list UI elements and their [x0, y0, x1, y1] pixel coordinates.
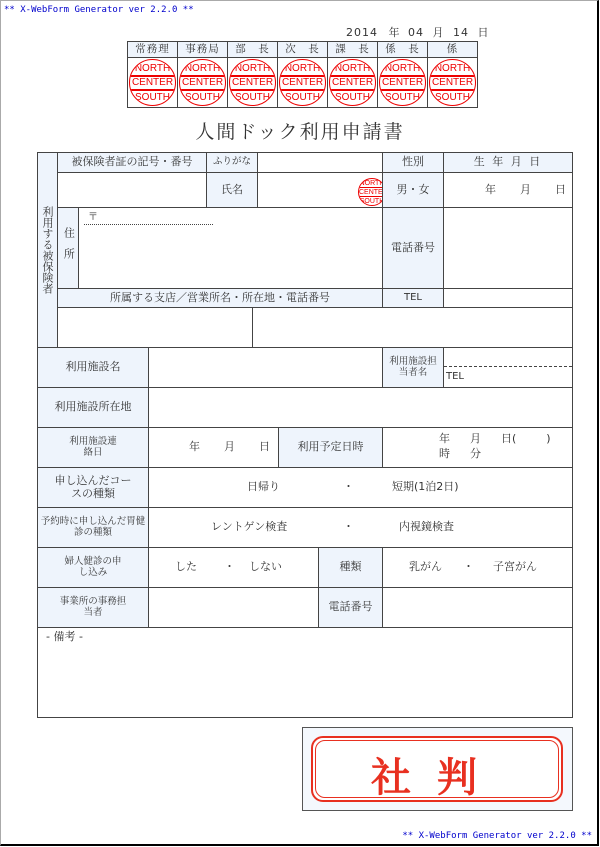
facility-contact-tel: TEL — [442, 367, 574, 387]
remarks-field[interactable]: - 備考 - — [37, 627, 573, 718]
date-year[interactable]: 2014 — [346, 26, 378, 39]
approval-stamp-cell-3[interactable]: NORTH CENTER SOUTH — [277, 57, 328, 108]
approval-title-0: 常務理 — [127, 41, 178, 58]
application-date: 2014 年 04 月 14 日 — [346, 24, 490, 40]
approval-seal-icon: NORTH CENTER SOUTH — [329, 59, 376, 106]
facility-contact-date-field[interactable]: 年 月 日 — [148, 427, 279, 468]
address-label: 住所 — [57, 207, 79, 289]
type-option-breast[interactable]: 乳がん — [409, 561, 442, 574]
approval-stamp-cell-2[interactable]: NORTH CENTER SOUTH — [227, 57, 278, 108]
course-separator: ・ — [343, 481, 354, 494]
birth-day-unit: 日 — [555, 184, 566, 197]
type-option-uterine[interactable]: 子宮がん — [493, 561, 537, 574]
facility-name-field[interactable] — [148, 347, 383, 388]
womens-exam-label: 婦人健診の申し込み — [37, 547, 149, 588]
approval-stamp-cell-1[interactable]: NORTH CENTER SOUTH — [177, 57, 228, 108]
date-year-unit: 年 — [389, 26, 401, 39]
stomach-separator: ・ — [343, 521, 354, 534]
address-field[interactable]: 〒 — [78, 207, 383, 289]
approval-title-1: 事務局 — [177, 41, 228, 58]
form-title: 人間ドック利用申請書 — [0, 117, 600, 144]
branch-label: 所属する支店／営業所名・所在地・電話番号 — [57, 288, 383, 308]
postal-code-field[interactable]: 〒 — [84, 212, 213, 225]
stomach-exam-options: レントゲン検査 ・ 内視鏡検査 — [148, 507, 573, 548]
contact-month-unit: 月 — [224, 441, 235, 454]
birthdate-field[interactable]: 年 月 日 — [443, 172, 573, 208]
course-option-short-stay[interactable]: 短期(1泊2日) — [392, 481, 459, 494]
facility-contact-person-label: 利用施設担当者名 — [382, 347, 444, 388]
gender-label: 性別 — [382, 152, 444, 173]
company-seal-icon: 社判 — [311, 736, 563, 802]
insurance-card-field[interactable] — [57, 172, 207, 208]
type-separator: ・ — [463, 561, 474, 574]
birth-year-unit: 年 — [485, 184, 496, 197]
approval-stamp-cell-4[interactable]: NORTH CENTER SOUTH — [327, 57, 378, 108]
office-phone-label: 電話番号 — [318, 587, 383, 628]
insured-section-text: 利用する被保険者 — [42, 206, 53, 294]
course-label: 申し込んだコースの種類 — [37, 467, 149, 508]
approval-title-6: 係 — [427, 41, 478, 58]
type-label: 種類 — [318, 547, 383, 588]
branch-tel-label: TEL — [382, 288, 444, 308]
date-month[interactable]: 04 — [408, 26, 424, 39]
planned-datetime-label: 利用予定日時 — [278, 427, 383, 468]
approval-stamp-cell-0[interactable]: NORTH CENTER SOUTH — [127, 57, 178, 108]
course-option-day-trip[interactable]: 日帰り — [247, 481, 280, 494]
approval-seal-icon: NORTH CENTER SOUTH — [229, 59, 276, 106]
facility-contact-date-label: 利用施設連絡日 — [37, 427, 149, 468]
insured-section-label: 利用する被保険者 — [37, 152, 58, 348]
approval-seal-icon: NORTH CENTER SOUTH — [279, 59, 326, 106]
branch-address-field[interactable] — [252, 307, 573, 348]
course-options: 日帰り ・ 短期(1泊2日) — [148, 467, 573, 508]
office-staff-label: 事業所の事務担当者 — [37, 587, 149, 628]
address-label-text: 住所 — [62, 227, 75, 269]
approval-stamp-cell-5[interactable]: NORTH CENTER SOUTH — [377, 57, 428, 108]
generator-header: ** X-WebForm Generator ver 2.2.0 ** — [4, 5, 194, 15]
furigana-field[interactable] — [257, 152, 383, 173]
phone-field[interactable] — [443, 207, 573, 289]
birthdate-label: 生 年 月 日 — [443, 152, 573, 173]
facility-address-field[interactable] — [148, 387, 573, 428]
approval-title-5: 係 長 — [377, 41, 428, 58]
postal-mark: 〒 — [88, 212, 98, 223]
womens-exam-options: した ・ しない — [148, 547, 319, 588]
date-month-unit: 月 — [433, 26, 445, 39]
approval-title-3: 次 長 — [277, 41, 328, 58]
approval-seal-icon: NORTH CENTER SOUTH — [179, 59, 226, 106]
stomach-option-xray[interactable]: レントゲン検査 — [211, 521, 287, 534]
generator-footer: ** X-WebForm Generator ver 2.2.0 ** — [402, 831, 592, 841]
office-phone-field[interactable] — [382, 587, 573, 628]
branch-tel-field[interactable] — [443, 288, 573, 308]
date-day[interactable]: 14 — [453, 26, 469, 39]
approval-title-2: 部 長 — [227, 41, 278, 58]
womens-option-no[interactable]: しない — [249, 561, 282, 574]
company-seal-text: 社判 — [313, 746, 561, 803]
insurance-card-label: 被保険者証の記号・番号 — [57, 152, 207, 173]
gender-selector[interactable]: 男・女 — [382, 172, 444, 208]
phone-label: 電話番号 — [382, 207, 444, 289]
womens-separator: ・ — [224, 561, 235, 574]
stomach-option-endoscopy[interactable]: 内視鏡検査 — [399, 521, 454, 534]
type-options: 乳がん ・ 子宮がん — [382, 547, 573, 588]
office-staff-field[interactable] — [148, 587, 319, 628]
contact-day-unit: 日 — [259, 441, 270, 454]
remarks-label: - 備考 - — [46, 631, 83, 644]
facility-address-label: 利用施設所在地 — [37, 387, 149, 428]
approval-seal-icon: NORTH CENTER SOUTH — [379, 59, 426, 106]
branch-name-field[interactable] — [57, 307, 253, 348]
planned-date-units: 年月日() — [439, 433, 551, 446]
approval-seal-icon: NORTH CENTER SOUTH — [429, 59, 476, 106]
approval-title-4: 課 長 — [327, 41, 378, 58]
birth-month-unit: 月 — [520, 184, 531, 197]
name-label: 氏名 — [206, 172, 258, 208]
approval-stamp-cell-6[interactable]: NORTH CENTER SOUTH — [427, 57, 478, 108]
facility-name-label: 利用施設名 — [37, 347, 149, 388]
company-seal-box: 社判 — [302, 727, 573, 811]
approval-seal-icon: NORTH CENTER SOUTH — [129, 59, 176, 106]
contact-year-unit: 年 — [189, 441, 200, 454]
furigana-label: ふりがな — [206, 152, 258, 173]
planned-datetime-field[interactable]: 年月日() 時分 — [382, 427, 573, 468]
facility-contact-person-field[interactable]: TEL — [443, 347, 573, 388]
womens-option-yes[interactable]: した — [175, 561, 197, 574]
planned-time-units: 時分 — [439, 448, 481, 461]
date-day-unit: 日 — [478, 26, 490, 39]
stomach-exam-label: 予約時に申し込んだ胃健診の種類 — [37, 507, 149, 548]
